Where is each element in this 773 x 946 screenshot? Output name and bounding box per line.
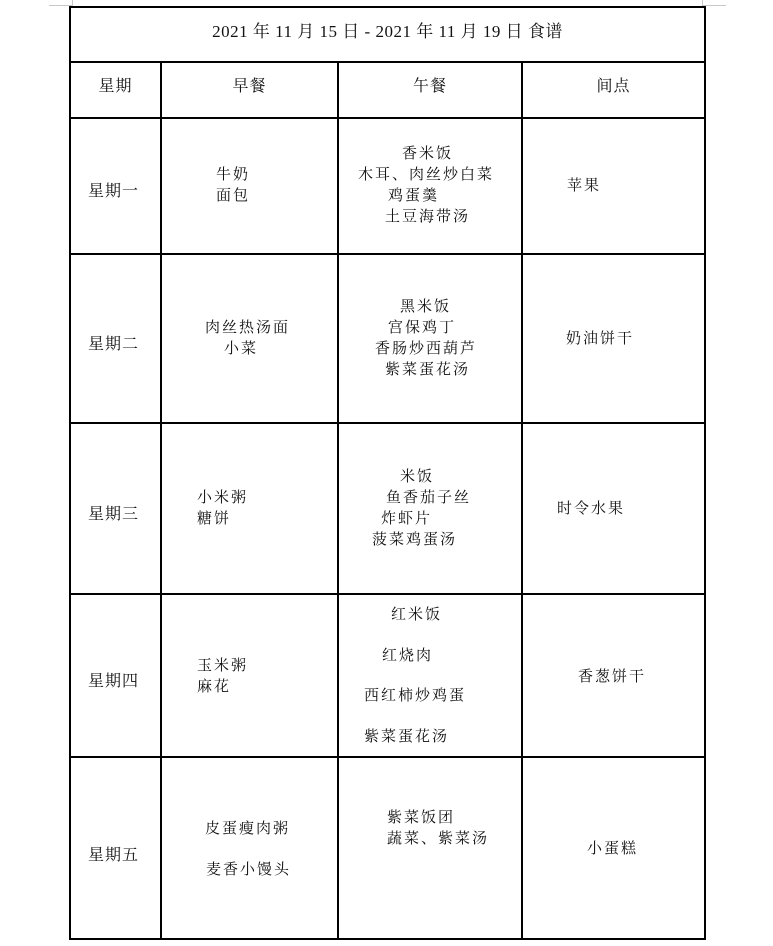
- table-rule: [69, 422, 706, 424]
- table-border-top: [69, 6, 706, 8]
- column-divider: [521, 61, 523, 940]
- header-snack: 间点: [523, 75, 704, 96]
- table-border-left: [69, 6, 71, 940]
- snack-item: 苹果: [567, 175, 601, 196]
- table-border-right: [704, 6, 706, 940]
- lunch-item: 红米饭: [391, 604, 442, 625]
- menu-title: 2021 年 11 月 15 日 - 2021 年 11 月 19 日 食谱: [71, 21, 704, 42]
- lunch-item: 紫菜蛋花汤: [385, 359, 470, 380]
- breakfast-item: 牛奶: [216, 164, 250, 185]
- lunch-item: 黑米饭: [400, 296, 451, 317]
- lunch-item: 米饭: [400, 466, 434, 487]
- day-cell: 星期五: [88, 844, 139, 865]
- lunch-item: 香肠炒西葫芦: [375, 338, 477, 359]
- header-breakfast: 早餐: [162, 75, 337, 96]
- column-divider: [160, 61, 162, 940]
- day-cell: 星期四: [88, 670, 139, 691]
- breakfast-item: 糖饼: [197, 508, 231, 529]
- column-divider: [337, 61, 339, 940]
- lunch-item: 鸡蛋羹: [388, 185, 439, 206]
- snack-item: 香葱饼干: [578, 666, 646, 687]
- lunch-item: 木耳、肉丝炒白菜: [358, 164, 494, 185]
- day-cell: 星期二: [88, 333, 139, 354]
- header-weekday: 星期: [71, 75, 160, 96]
- breakfast-item: 麻花: [197, 676, 231, 697]
- lunch-item: 紫菜蛋花汤: [364, 726, 449, 747]
- table-rule: [69, 117, 706, 119]
- day-cell: 星期三: [88, 503, 139, 524]
- lunch-item: 西红柿炒鸡蛋: [364, 685, 466, 706]
- lunch-item: 鱼香茄子丝: [386, 487, 471, 508]
- breakfast-item: 肉丝热汤面: [205, 317, 290, 338]
- table-rule: [69, 61, 706, 63]
- table-border-bottom: [69, 938, 706, 940]
- breakfast-item: 小米粥: [197, 487, 248, 508]
- day-cell: 星期一: [88, 180, 139, 201]
- lunch-item: 炸虾片: [381, 508, 432, 529]
- lunch-item: 红烧肉: [382, 645, 433, 666]
- lunch-item: 土豆海带汤: [385, 206, 470, 227]
- lunch-item: 宫保鸡丁: [388, 317, 456, 338]
- breakfast-item: 玉米粥: [197, 655, 248, 676]
- snack-item: 时令水果: [557, 498, 625, 519]
- snack-item: 奶油饼干: [566, 328, 634, 349]
- header-lunch: 午餐: [339, 75, 521, 96]
- breakfast-item: 麦香小馒头: [206, 859, 291, 880]
- breakfast-item: 皮蛋瘦肉粥: [205, 818, 290, 839]
- table-rule: [69, 756, 706, 758]
- breakfast-item: 小菜: [224, 338, 258, 359]
- lunch-item: 蔬菜、紫菜汤: [387, 828, 489, 849]
- lunch-item: 香米饭: [402, 143, 453, 164]
- breakfast-item: 面包: [216, 185, 250, 206]
- lunch-item: 紫菜饭团: [387, 807, 455, 828]
- lunch-item: 菠菜鸡蛋汤: [372, 529, 457, 550]
- table-rule: [69, 593, 706, 595]
- snack-item: 小蛋糕: [587, 838, 638, 859]
- table-rule: [69, 253, 706, 255]
